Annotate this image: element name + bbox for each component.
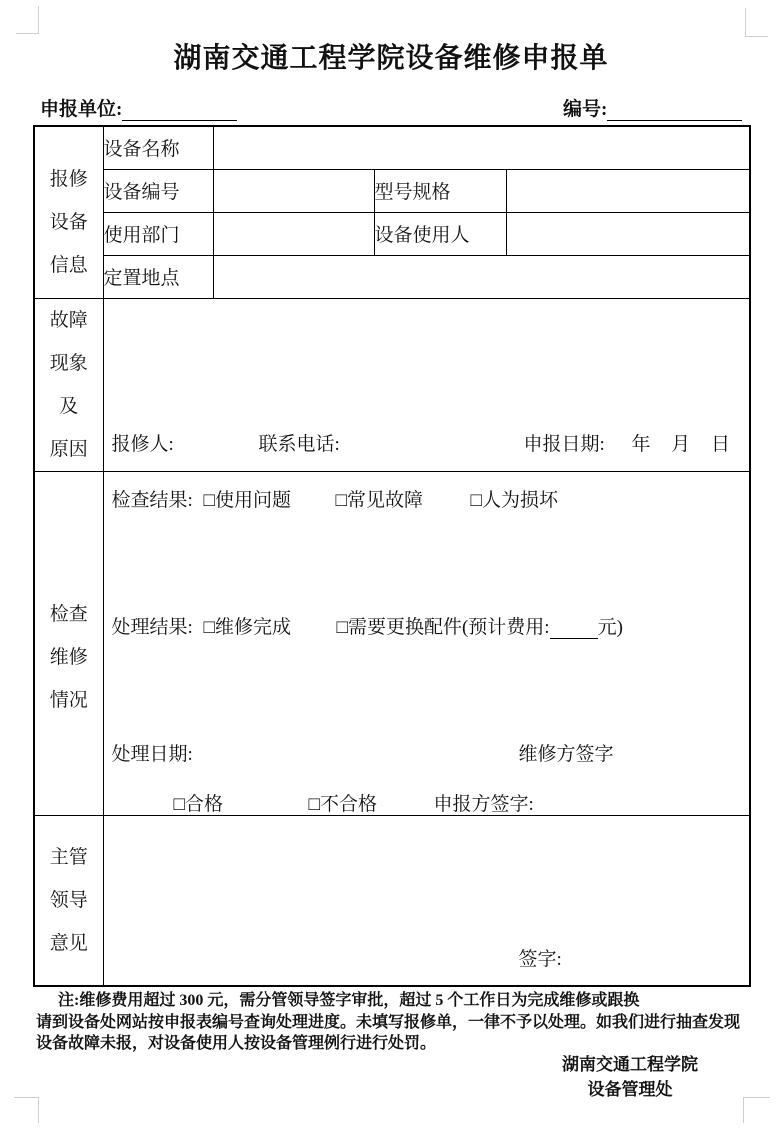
handle-option-parts-suffix: 元) (598, 617, 623, 638)
applicant-unit-line: 申报单位: (40, 94, 237, 121)
model-spec-label: 型号规格 (374, 169, 506, 212)
device-code-label: 设备编号 (103, 169, 213, 212)
check-option-label: 常见故障 (347, 490, 423, 511)
device-info-group-label: 报修 设备 信息 (34, 126, 103, 298)
form-page: 湖南交通工程学院设备维修申报单 申报单位: 编号: 报修 设备 信息 设备名称 … (0, 0, 782, 1142)
checkbox-icon: □ (337, 617, 348, 638)
check-result-label: 检查结果: (112, 485, 193, 512)
check-option-label: 人为损坏 (482, 490, 558, 511)
contact-phone-label: 联系电话: (259, 429, 340, 456)
crop-mark-top-left (38, 6, 39, 34)
location-value-cell (213, 255, 750, 298)
using-dept-value-cell (213, 212, 374, 255)
applicant-unit-label: 申报单位: (40, 99, 122, 120)
check-option-human: □人为损坏 (471, 485, 559, 512)
group-label-line: 维修 (35, 636, 103, 679)
group-label-line: 设备 (35, 201, 103, 244)
device-user-label: 设备使用人 (374, 212, 506, 255)
group-label-line: 意见 (35, 922, 103, 965)
form-number-blank (607, 101, 742, 121)
result-option-qualified: □合格 (174, 789, 224, 816)
handle-option-label: 维修完成 (215, 617, 291, 638)
group-label-line: 故障 (35, 299, 103, 342)
form-number-label: 编号: (563, 99, 607, 120)
handle-option-parts: □需要更换配件(预计费用:元) (337, 612, 623, 639)
inspection-detail-cell: 检查结果: □使用问题 □常见故障 □人为损坏 处理结果: □维修完成 □需要更… (103, 471, 750, 815)
handle-option-parts-prefix: 需要更换配件(预计费用: (348, 617, 550, 638)
result-option-label: 合格 (185, 794, 223, 815)
group-label-line: 主管 (35, 836, 103, 879)
device-code-value-cell (213, 169, 374, 212)
checkbox-icon: □ (336, 490, 347, 511)
fault-description-cell: 报修人: 联系电话: 申报日期: 年 月 日 (103, 298, 750, 471)
result-option-label: 不合格 (320, 794, 377, 815)
checkbox-icon: □ (204, 617, 215, 638)
checkbox-icon: □ (471, 490, 482, 511)
checkbox-icon: □ (174, 794, 185, 815)
fault-group-label: 故障 现象 及 原因 (34, 298, 103, 471)
leader-sign-label: 签字: (519, 944, 562, 971)
group-label-line: 现象 (35, 342, 103, 385)
inspection-group-label: 检查 维修 情况 (34, 471, 103, 815)
checkbox-icon: □ (204, 490, 215, 511)
repairer-sign-label: 维修方签字 (519, 739, 614, 766)
using-dept-label: 使用部门 (103, 212, 213, 255)
org-dept-name: 设备管理处 (505, 1077, 755, 1102)
estimated-cost-blank (550, 622, 598, 639)
repair-form-table: 报修 设备 信息 设备名称 设备编号 型号规格 使用部门 设备使用人 定 (33, 125, 751, 987)
device-user-value-cell (506, 212, 750, 255)
page-title: 湖南交通工程学院设备维修申报单 (0, 36, 782, 76)
report-date-label: 申报日期: (524, 429, 605, 456)
applicant-unit-blank (122, 101, 237, 121)
report-date-units: 年 月 日 (632, 429, 731, 456)
crop-mark-bottom-left (38, 1097, 39, 1123)
group-label-line: 领导 (35, 879, 103, 922)
handle-option-repaired: □维修完成 (204, 612, 292, 639)
group-label-line: 及 (35, 385, 103, 428)
issuing-org-block: 湖南交通工程学院 设备管理处 (505, 1052, 755, 1102)
crop-mark-top-right (745, 8, 746, 36)
checkbox-icon: □ (309, 794, 320, 815)
check-option-usage: □使用问题 (204, 485, 292, 512)
group-label-line: 原因 (35, 428, 103, 471)
leader-opinion-cell: 签字: (103, 815, 750, 986)
model-spec-value-cell (506, 169, 750, 212)
handle-date-label: 处理日期: (112, 739, 193, 766)
org-name: 湖南交通工程学院 (505, 1052, 755, 1077)
handle-result-label: 处理结果: (112, 612, 193, 639)
check-option-common: □常见故障 (336, 485, 424, 512)
reporter-label: 报修人: (112, 429, 174, 456)
leader-group-label: 主管 领导 意见 (34, 815, 103, 986)
location-label: 定置地点 (103, 255, 213, 298)
crop-mark-top-left (16, 33, 39, 34)
group-label-line: 情况 (35, 679, 103, 722)
crop-mark-bottom-left (14, 1097, 39, 1098)
check-option-label: 使用问题 (215, 490, 291, 511)
group-label-line: 报修 (35, 158, 103, 201)
footer-notes: 注:维修费用超过 300 元，需分管领导签字审批，超过 5 个工作日为完成维修或… (36, 990, 752, 1055)
note-line: 注:维修费用超过 300 元，需分管领导签字审批，超过 5 个工作日为完成维修或… (36, 990, 752, 1012)
group-label-line: 检查 (35, 593, 103, 636)
note-line: 请到设备处网站按申报表编号查询处理进度。未填写报修单，一律不予以处理。如我们进行… (36, 1012, 752, 1034)
result-option-unqualified: □不合格 (309, 789, 378, 816)
group-label-line: 信息 (35, 244, 103, 287)
device-name-value-cell (213, 126, 750, 169)
form-number-line: 编号: (563, 94, 742, 121)
device-name-label: 设备名称 (103, 126, 213, 169)
applicant-sign-label: 申报方签字: (434, 789, 534, 816)
